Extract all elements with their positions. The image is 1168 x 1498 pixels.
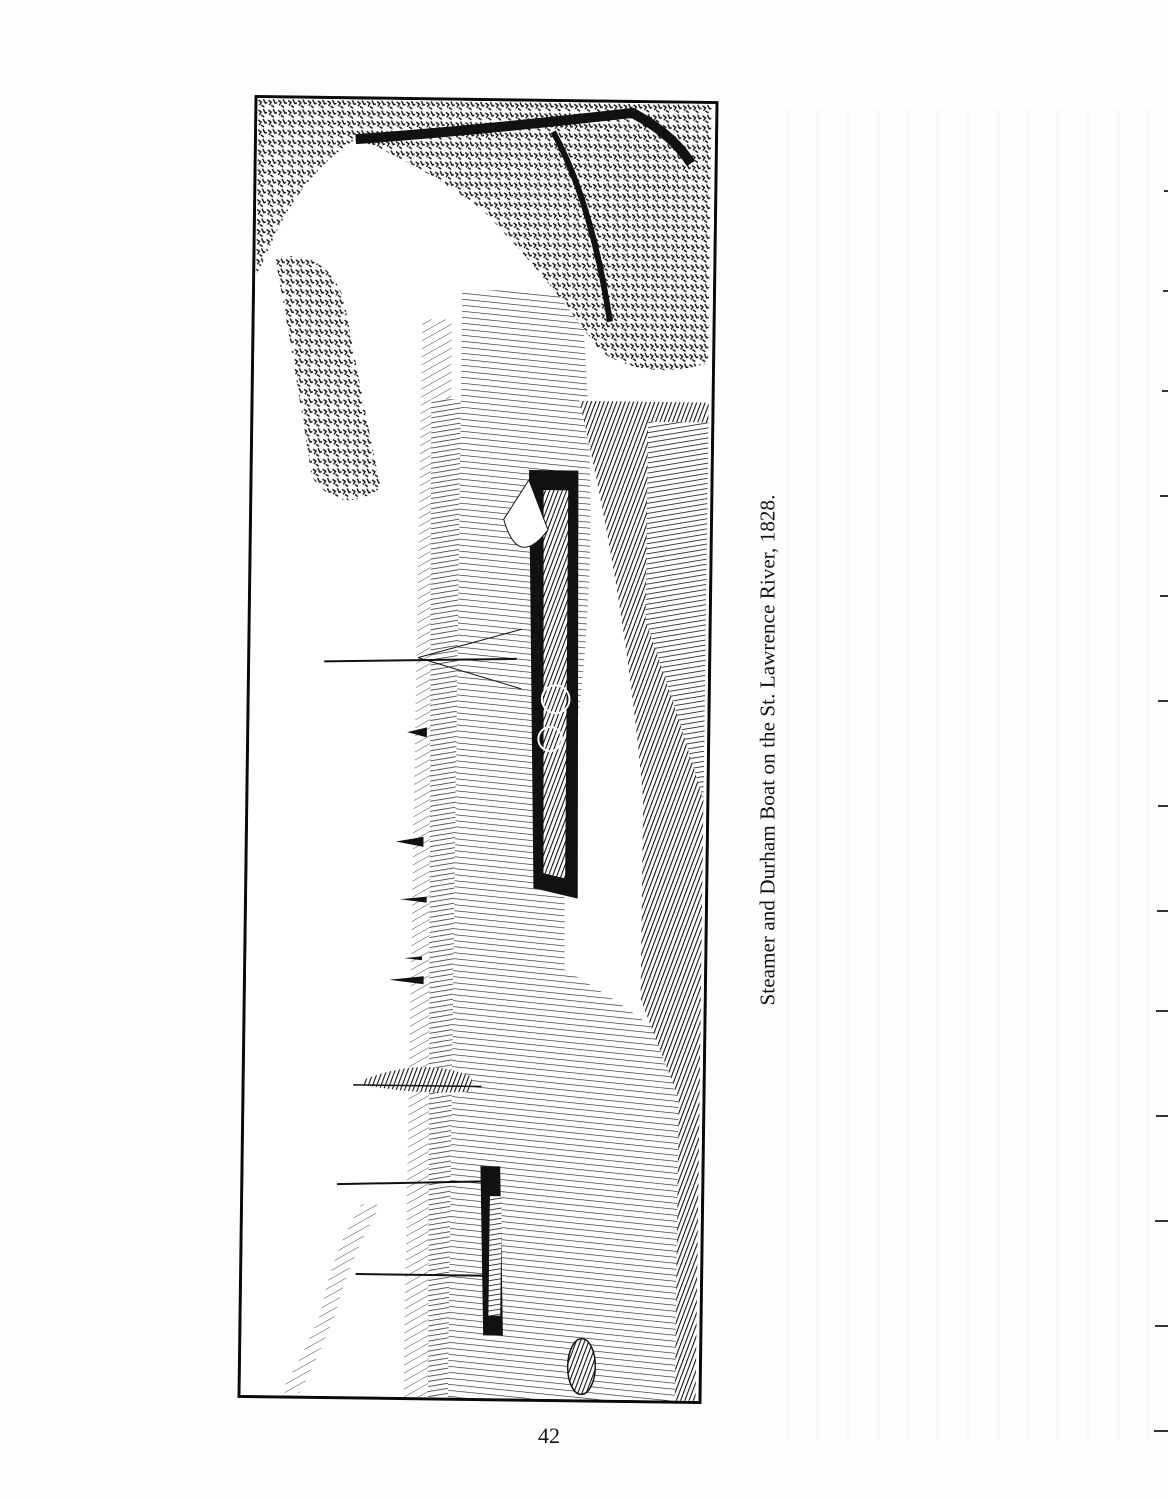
figure-caption-text: Steamer and Durham Boat on the St. Lawre… — [756, 495, 781, 1006]
edge-mark — [1162, 390, 1168, 392]
edge-mark — [1160, 595, 1168, 597]
edge-mark — [1163, 290, 1168, 292]
binding-edge-marks — [1148, 100, 1168, 1498]
edge-mark — [1156, 1115, 1168, 1117]
edge-mark — [1160, 495, 1168, 497]
edge-mark — [1155, 1325, 1168, 1327]
document-page: Steamer and Durham Boat on the St. Lawre… — [0, 0, 1168, 1498]
edge-mark — [1154, 1430, 1168, 1432]
engraving-artwork — [241, 98, 716, 1401]
river-engraving-illustration — [237, 95, 718, 1404]
edge-mark — [1156, 1010, 1168, 1012]
edge-mark — [1157, 910, 1168, 912]
edge-mark — [1158, 805, 1168, 807]
edge-mark — [1158, 700, 1168, 702]
edge-mark — [1155, 1220, 1168, 1222]
page-number: 42 — [538, 1423, 560, 1449]
edge-mark — [1164, 190, 1168, 192]
show-through-text — [760, 110, 1160, 1440]
